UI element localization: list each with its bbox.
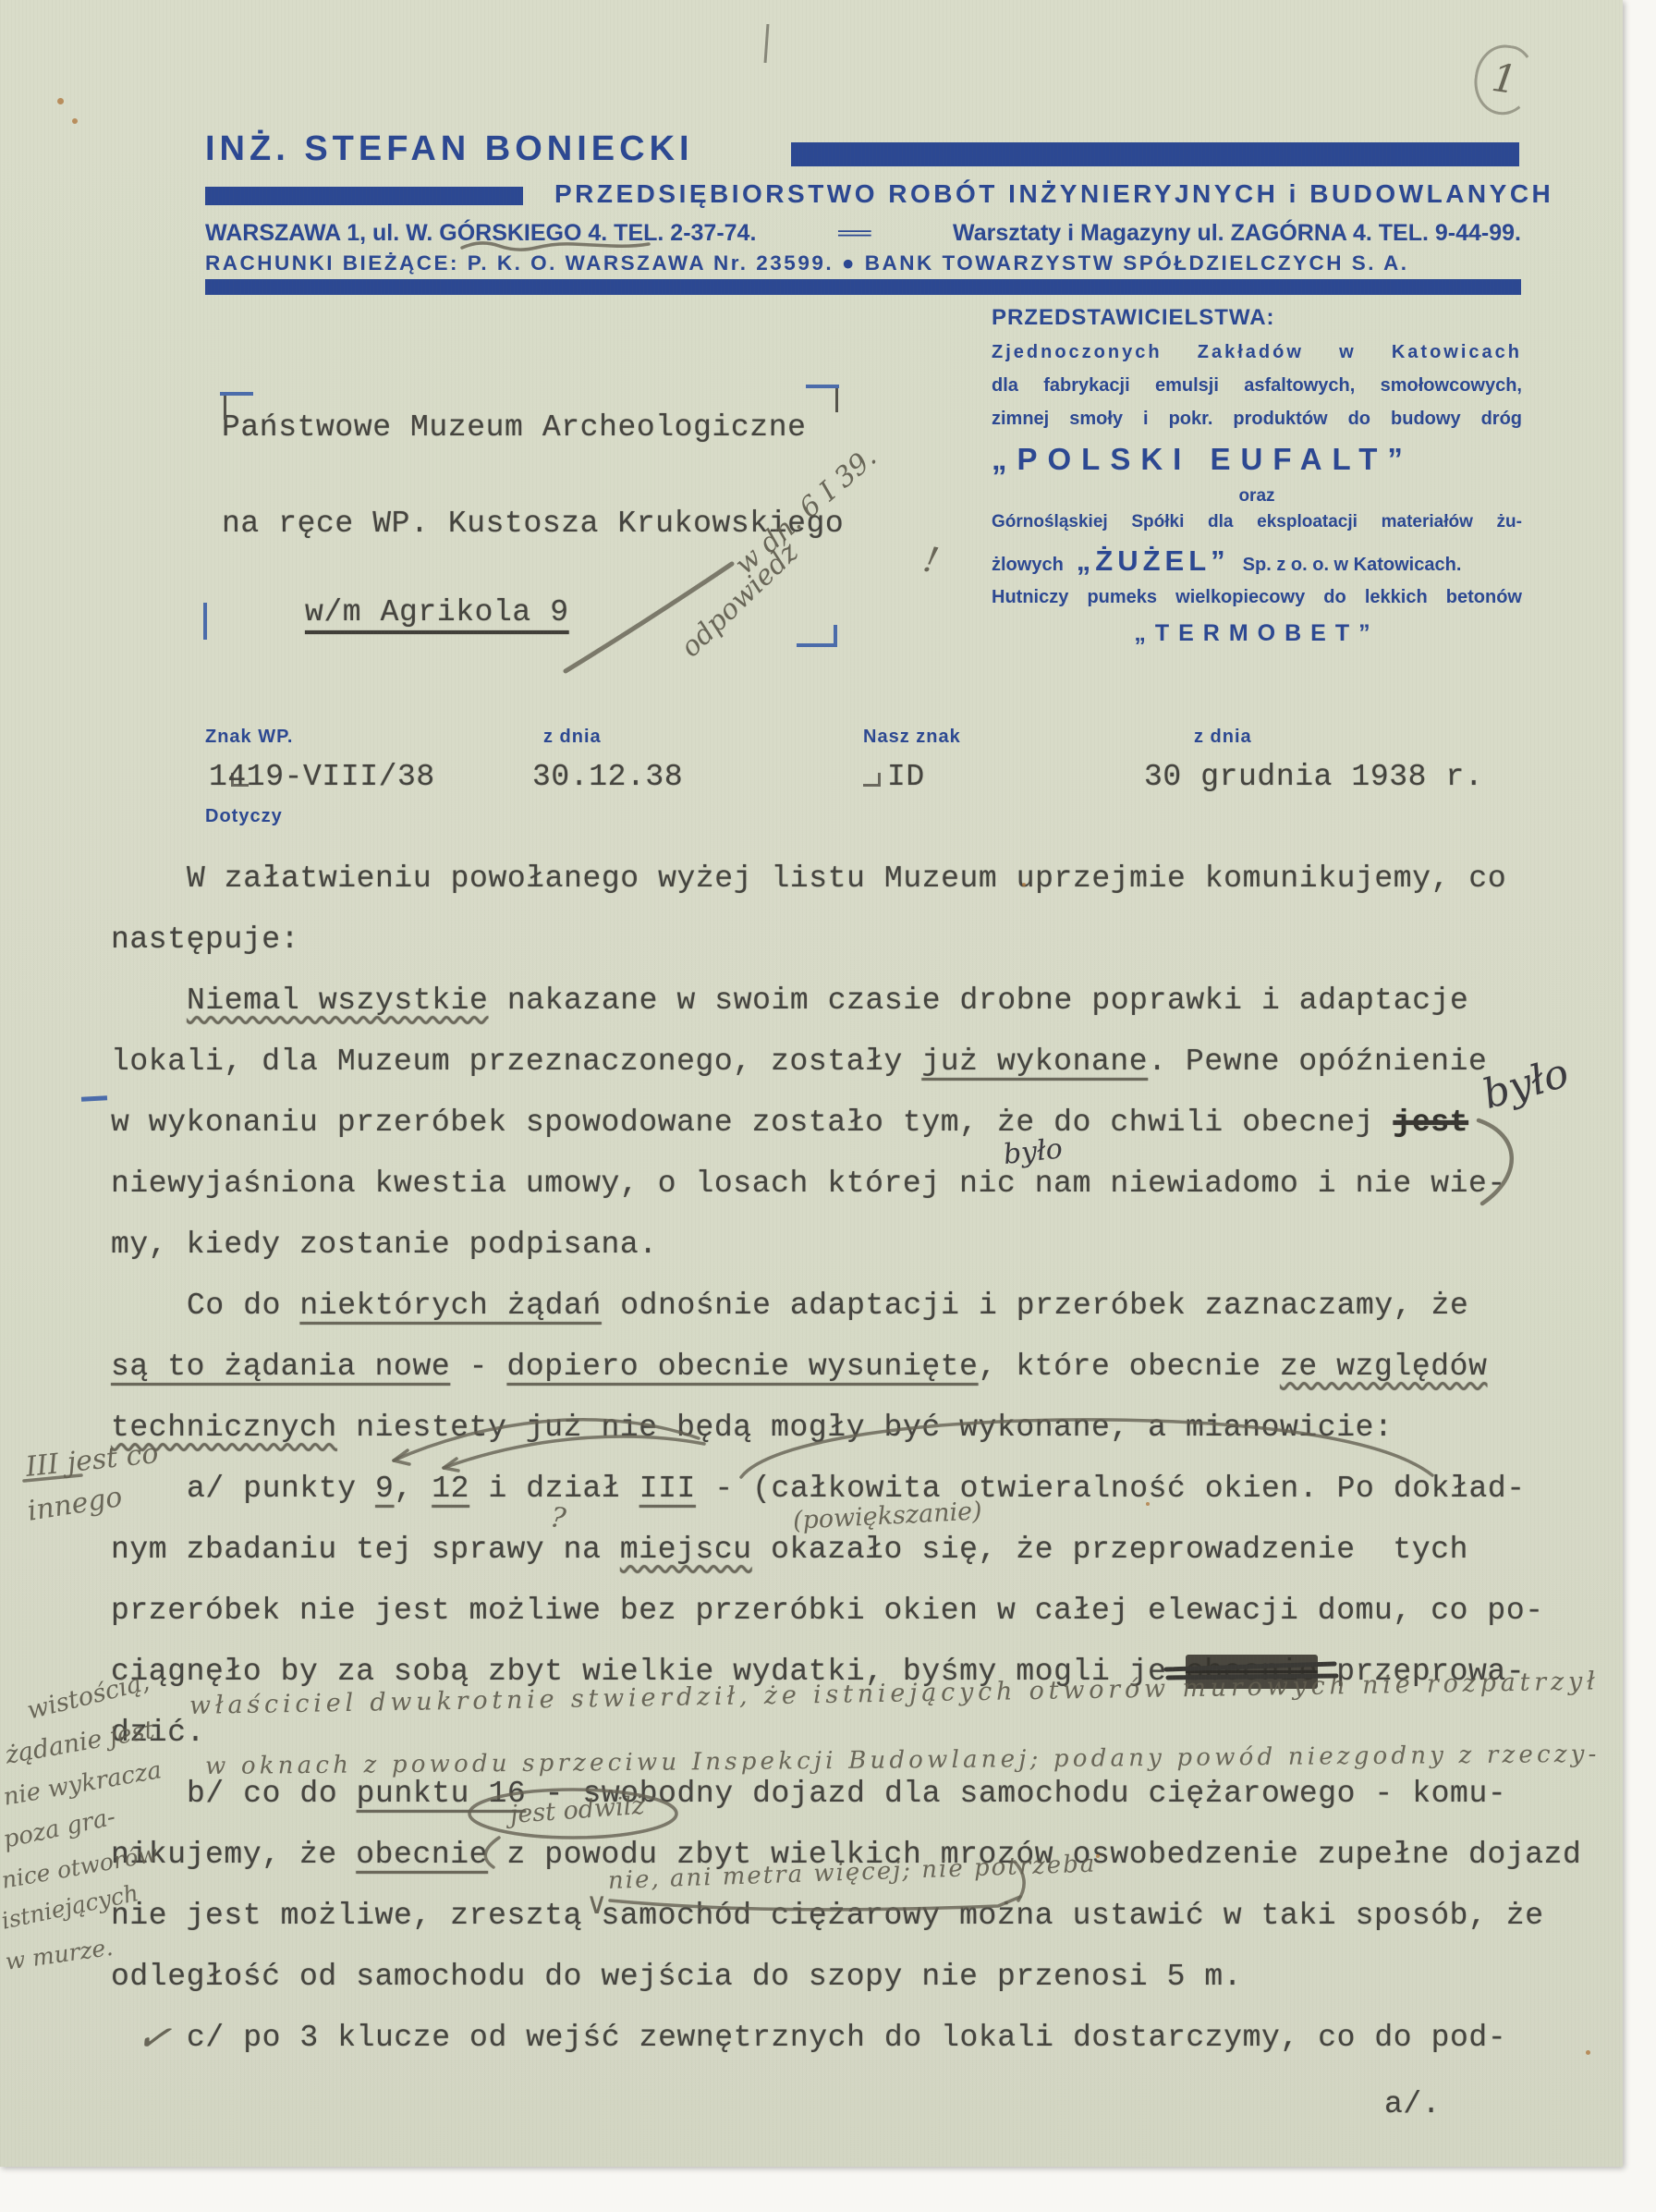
margin-note-7: w murze.: [4, 1934, 115, 1975]
rep-line5: żlowych „ŻUŻEL” Sp. z o. o. w Katowicach…: [992, 544, 1522, 578]
body-text-segment: obecnie: [356, 1838, 488, 1872]
body-text-segment: Niemal wszystkie: [187, 984, 488, 1018]
paper-sheet: INŻ. STEFAN BONIECKI PRZEDSIĘBIORSTWO RO…: [0, 0, 1623, 2167]
margin-note-III-2: innego: [25, 1481, 124, 1528]
bank-accounts-line: RACHUNKI BIEŻĄCE: P. K. O. WARSZAWA Nr. …: [205, 251, 1408, 275]
body-text-segment: lokali, dla Muzeum przeznaczonego, zosta…: [111, 1045, 921, 1079]
corner-mark-br-low: [863, 773, 881, 787]
body-line: c/ po 3 klucze od wejść zewnętrznych do …: [111, 2021, 1506, 2055]
margin-note-4: poza gra-: [1, 1803, 118, 1854]
brand-polski-eufalt: „POLSKI EUFALT”: [992, 442, 1522, 477]
rep-line5-post: Sp. z o. o. w Katowicach.: [1243, 555, 1462, 576]
label-z-dnia-1: z dnia: [543, 727, 602, 748]
body-line: niewyjaśniona kwestia umowy, o losach kt…: [111, 1167, 1506, 1201]
address-warszawa: WARSZAWA 1, ul. W. GÓRSKIEGO 4. TEL. 2-3…: [205, 220, 756, 247]
body-line: przeróbek nie jest możliwe bez przeróbki…: [111, 1594, 1544, 1628]
body-text-segment: następuje:: [111, 923, 299, 957]
letterhead-address-row: WARSZAWA 1, ul. W. GÓRSKIEGO 4. TEL. 2-3…: [205, 220, 1521, 247]
exclamation-mark: !: [919, 538, 942, 580]
body-text-segment: jest: [1393, 1106, 1468, 1140]
company-subtitle: PRZEDSIĘBIORSTWO ROBÓT INŻYNIERYJNYCH i …: [554, 179, 1553, 209]
paper-speck: [1096, 1854, 1100, 1858]
top-center-tick: [764, 24, 770, 63]
rep-line6: Hutniczy pumeks wielkopiecowy do lekkich…: [992, 587, 1522, 608]
paper-speck: [1586, 2050, 1590, 2055]
body-text-segment: my, kiedy zostanie podpisana.: [111, 1228, 658, 1262]
corner-mark-tr: [806, 385, 839, 388]
body-text-segment: niewyjaśniona kwestia umowy, o losach kt…: [111, 1167, 1506, 1201]
representatives-title: PRZEDSTAWICIELSTWA:: [992, 305, 1522, 331]
left-margin-blue-dash: [81, 1095, 107, 1101]
body-text-segment: nie jest możliwe, zresztą samochód cięża…: [111, 1899, 1544, 1933]
body-text-segment: 9: [375, 1472, 394, 1506]
recipient-line3: w/m Agrikola 9: [305, 595, 569, 629]
paper-speck: [1022, 883, 1026, 886]
paper-speck: [72, 118, 78, 124]
letterhead-bar-right: [791, 142, 1519, 166]
body-line: lokali, dla Muzeum przeznaczonego, zosta…: [111, 1045, 1487, 1079]
scanned-letter-page: { "page_marks": { "corner_number": "1" }…: [0, 0, 1656, 2212]
body-text-segment: dopiero obecnie wysunięte: [506, 1350, 978, 1384]
body-text-segment: W załatwieniu powołanego wyżej listu Muz…: [187, 862, 1506, 896]
body-line: Co do niektórych żądań odnośnie adaptacj…: [111, 1289, 1468, 1323]
brand-termobet: „TERMOBET”: [992, 620, 1522, 647]
letterhead-bar-left: [205, 187, 523, 205]
body-text-segment: Co do: [187, 1289, 299, 1323]
rep-line4: Górnośląskiej Spółki dla eksploatacji ma…: [992, 512, 1522, 532]
page-number-pencil: 1: [1470, 41, 1539, 118]
rep-line1: Zjednoczonych Zakładów w Katowicach: [992, 342, 1522, 363]
insertion-caret: ∨: [586, 1886, 607, 1921]
body-line: my, kiedy zostanie podpisana.: [111, 1228, 658, 1262]
body-text-segment: niektórych żądań: [299, 1289, 601, 1323]
rep-line3: zimnej smoły i pokr. produktów do budowy…: [992, 409, 1522, 430]
body-text-segment: ,: [394, 1472, 432, 1506]
body-text-segment: okazało się, że przeprowadzenie tych: [752, 1533, 1468, 1567]
rep-line2: dla fabrykacji emulsji asfaltowych, smoł…: [992, 375, 1522, 397]
body-text-segment: niestety już nie będą mogły być wykonane…: [337, 1411, 1394, 1445]
body-text-segment: ze względów: [1280, 1350, 1487, 1384]
address-zagorna: Warsztaty i Magazyny ul. ZAGÓRNA 4. TEL.…: [953, 220, 1521, 247]
brand-zuzel: „ŻUŻEL”: [1077, 544, 1230, 578]
interline-note-2: w oknach z powodu sprzeciwu Inspekcji Bu…: [205, 1741, 1601, 1780]
value-z-dnia-1: 30.12.38: [532, 760, 683, 794]
label-nasz-znak: Nasz znak: [863, 727, 961, 748]
body-line: technicznych niestety już nie będą mogły…: [111, 1411, 1393, 1445]
body-line: nie jest możliwe, zresztą samochód cięża…: [111, 1899, 1544, 1933]
body-line: następuje:: [111, 923, 299, 957]
label-dotyczy: Dotyczy: [205, 806, 283, 827]
body-text-segment: nym zbadaniu tej sprawy na: [111, 1533, 620, 1567]
body-text-segment: a/ punkty: [187, 1472, 375, 1506]
body-text-segment: w wykonaniu przeróbek spowodowane został…: [111, 1106, 1393, 1140]
paper-speck: [1146, 1502, 1150, 1506]
body-text-segment: . Pewne opóźnienie: [1148, 1045, 1487, 1079]
body-text-segment: punktu 16: [357, 1777, 527, 1811]
body-text-segment: są to żądania nowe: [111, 1350, 450, 1384]
letterhead-rule: [205, 279, 1521, 295]
body-text-segment: b/ co do: [187, 1777, 357, 1811]
value-znak-wp: 1419-VIII/38: [209, 760, 435, 794]
paper-speck: [57, 98, 64, 104]
body-line: Niemal wszystkie nakazane w swoim czasie…: [111, 984, 1468, 1018]
rep-oraz: oraz: [992, 486, 1522, 507]
body-line: b/ co do punktu 16 - swobodny dojazd dla…: [111, 1777, 1506, 1811]
corner-mark-bl: [203, 603, 207, 640]
body-text-segment: już wykonane: [921, 1045, 1148, 1079]
body-text-segment: - swobodny dojazd dla samochodu ciężarow…: [526, 1777, 1506, 1811]
inline-bylo: było: [1002, 1132, 1064, 1170]
corner-mark-br: [797, 643, 837, 647]
body-text-segment: miejscu: [620, 1533, 752, 1567]
rep-line5-pre: żlowych: [992, 555, 1064, 576]
divider-glyph: ══: [838, 220, 871, 247]
body-line: W załatwieniu powołanego wyżej listu Muz…: [111, 862, 1506, 896]
body-line: są to żądania nowe - dopiero obecnie wys…: [111, 1350, 1487, 1384]
body-text-segment: odnośnie adaptacji i przeróbek zaznaczam…: [602, 1289, 1469, 1323]
recipient-line2: na ręce WP. Kustosza Krukowskiego: [222, 507, 844, 541]
corner-mark-br2: [834, 625, 837, 647]
corner-mark-tl2: [224, 396, 226, 420]
body-text-segment: nakazane w swoim czasie drobne poprawki …: [488, 984, 1468, 1018]
value-z-dnia-2: 30 grudnia 1938 r.: [1144, 760, 1483, 794]
corner-mark-tr2: [835, 388, 838, 412]
body-line: a/ punkty 9, 12 i dział III - (całkowita…: [111, 1472, 1526, 1506]
body-line: odległość od samochodu do wejścia do szo…: [111, 1960, 1242, 1994]
body-text-segment: III: [639, 1472, 696, 1506]
body-text-segment: 12: [432, 1472, 469, 1506]
body-text-segment: przeróbek nie jest możliwe bez przeróbki…: [111, 1594, 1544, 1628]
body-text-segment: -: [450, 1350, 506, 1384]
recipient-line1: Państwowe Muzeum Archeologiczne: [222, 410, 807, 445]
representatives-block: PRZEDSTAWICIELSTWA: Zjednoczonych Zakład…: [992, 305, 1522, 647]
value-nasz-znak: ID: [887, 760, 925, 794]
label-z-dnia-2: z dnia: [1194, 727, 1252, 748]
body-line: nym zbadaniu tej sprawy na miejscu okaza…: [111, 1533, 1468, 1567]
body-text-segment: odległość od samochodu do wejścia do szo…: [111, 1960, 1242, 1994]
checkmark: ✓: [133, 2011, 175, 2064]
company-name: INŻ. STEFAN BONIECKI: [205, 129, 694, 169]
body-text-segment: c/ po 3 klucze od wejść zewnętrznych do …: [187, 2021, 1506, 2055]
margin-bylo: było: [1478, 1049, 1574, 1118]
body-line: w wykonaniu przeróbek spowodowane został…: [111, 1106, 1468, 1140]
body-text-segment: - (całkowita otwieralność okien. Po dokł…: [696, 1472, 1526, 1506]
label-znak-wp: Znak WP.: [205, 727, 293, 748]
body-text-segment: , które obecnie: [979, 1350, 1280, 1384]
page-signature: a/.: [1384, 2087, 1441, 2121]
query-mark: ?: [549, 1501, 568, 1535]
